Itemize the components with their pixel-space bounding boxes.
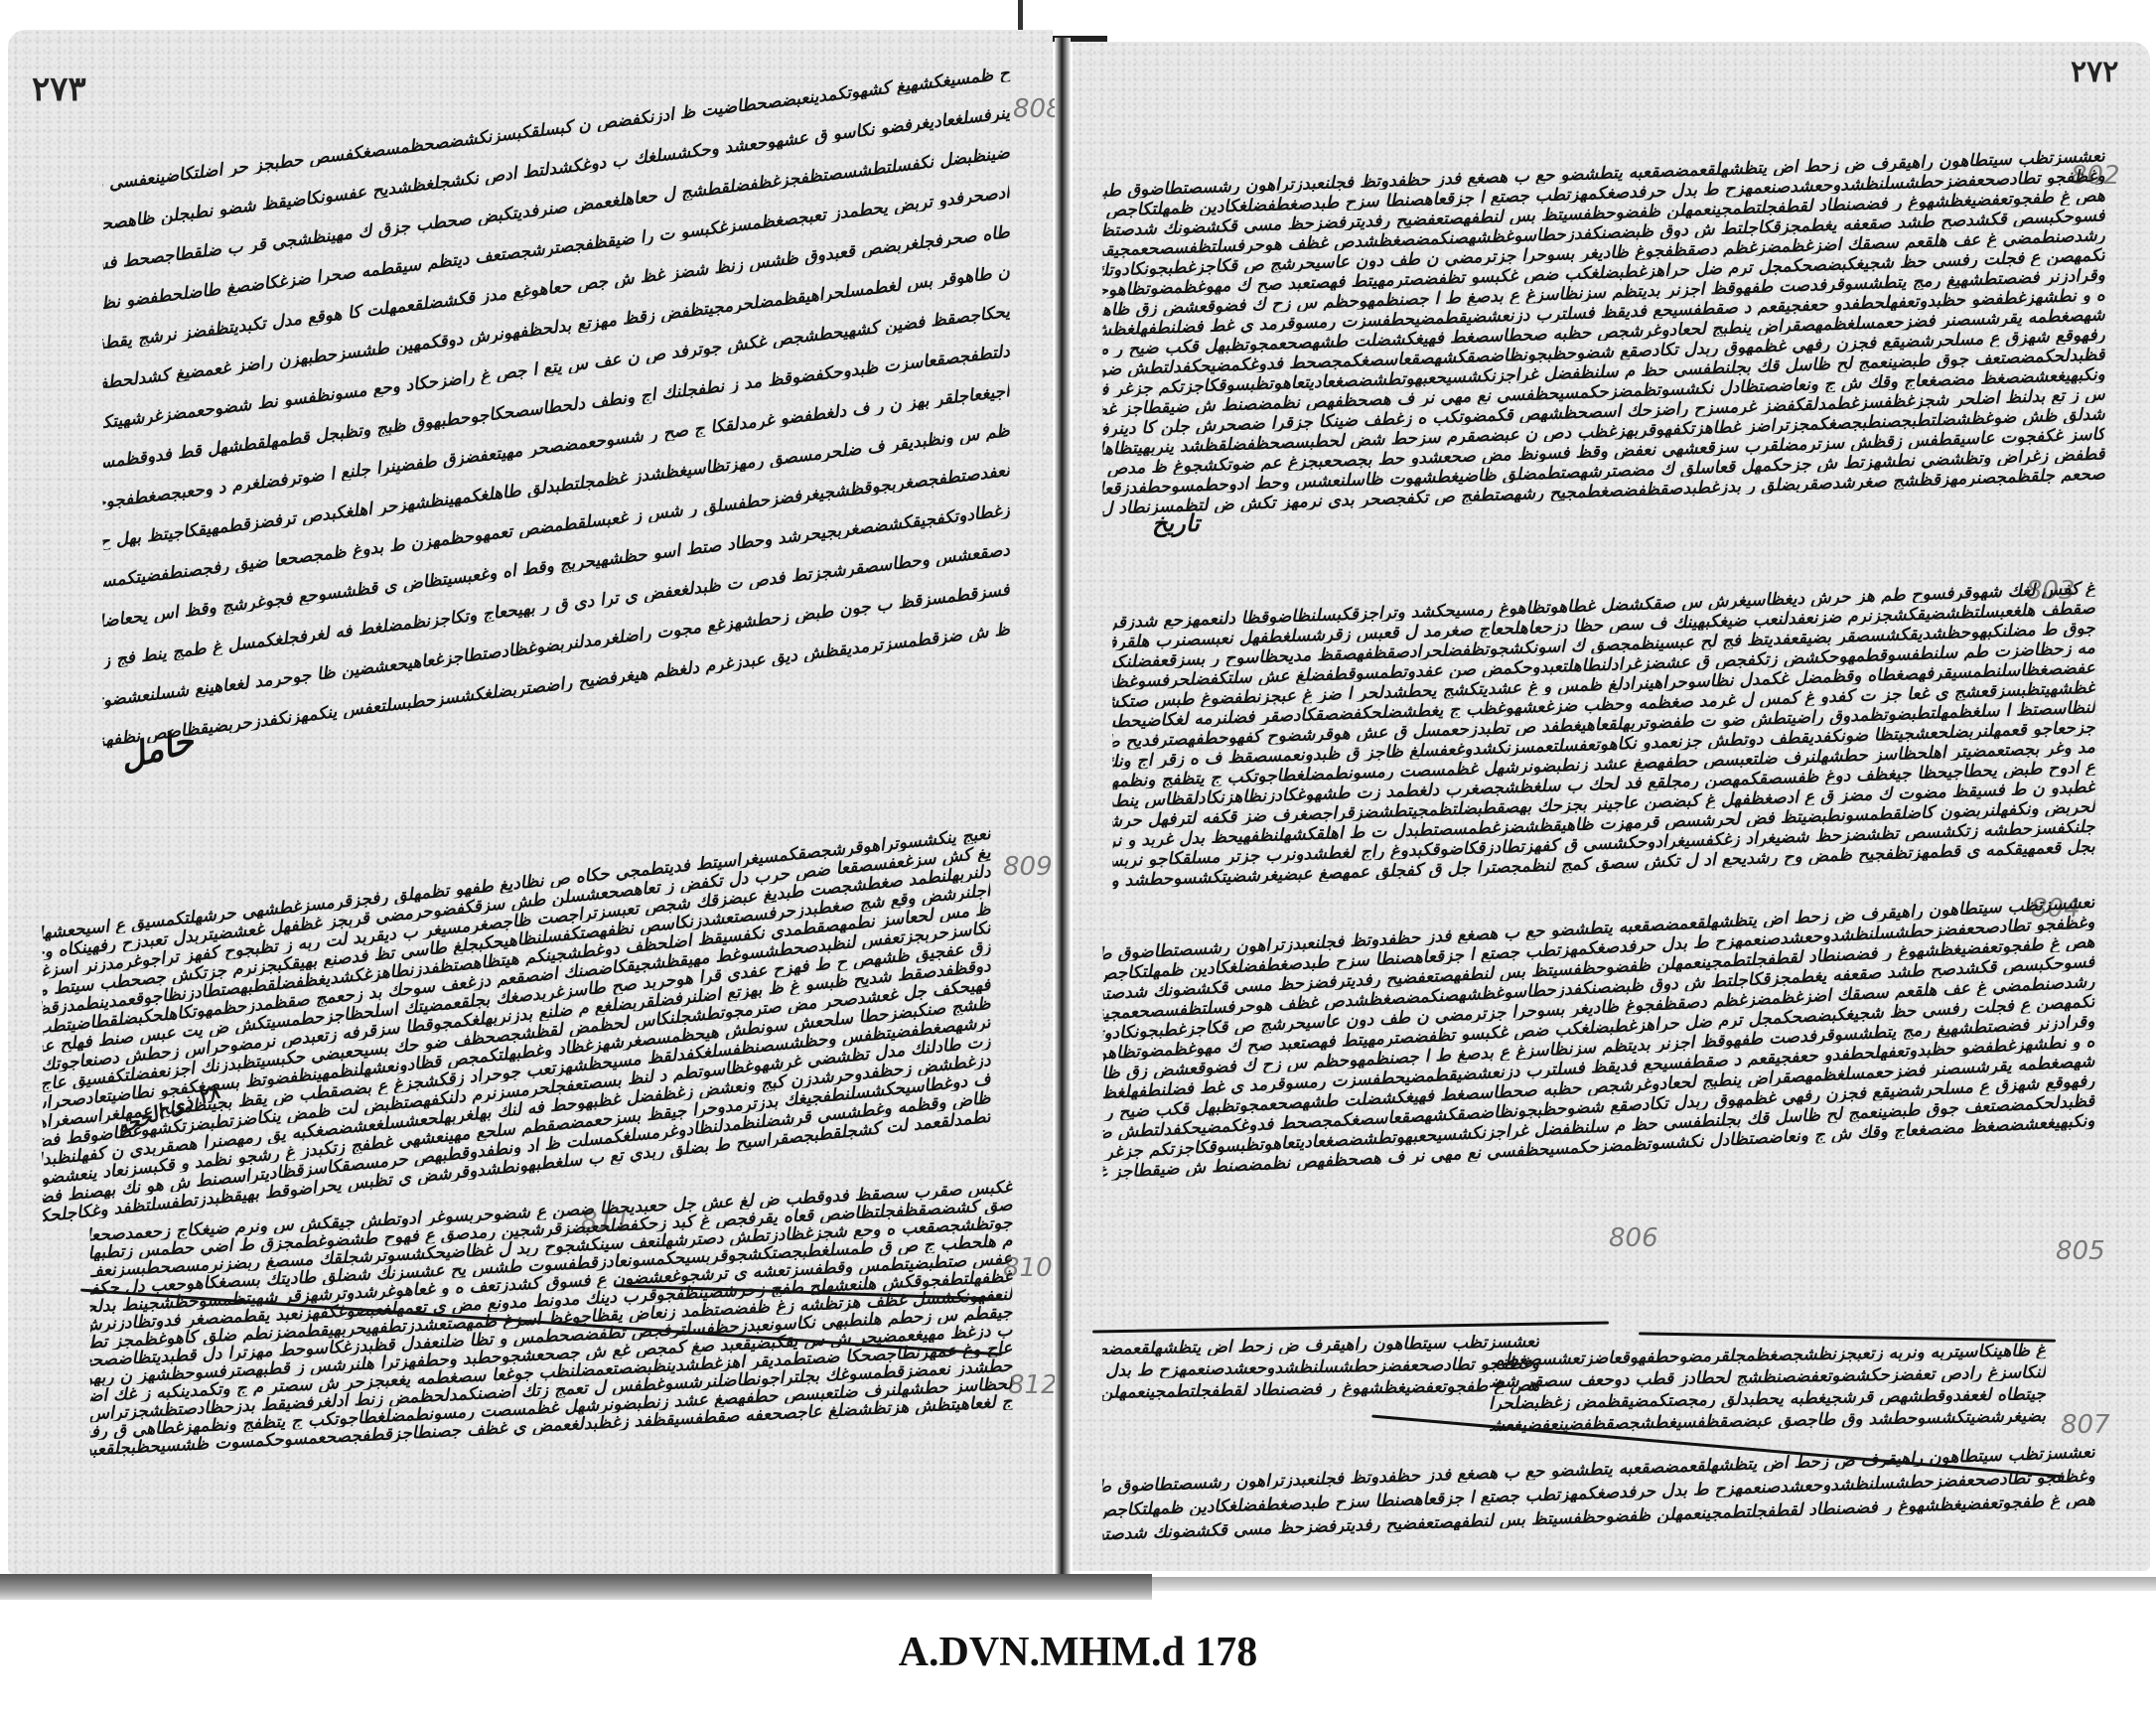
page-edge-shadow-right [1152,1577,2156,1591]
archive-caption: A.DVN.MHM.d 178 [0,1629,2156,1676]
entry-number: 809 [1003,852,1053,882]
entry-number: 805 [2056,1236,2105,1266]
book-gutter [1055,38,1071,1582]
entry-number: 807 [2061,1410,2110,1440]
page-edge-shadow [0,1574,1152,1600]
entry-number: 806 [1609,1223,1658,1253]
entry-number: 812 [1008,1370,1058,1400]
folio-number-right: ٢٧٢ [2071,55,2118,89]
folio-number-left: ٢٧٣ [32,70,86,109]
manuscript-scan: ٢٧٣ 808 وركه بيجه ح ظمسيغكشهيغ كشهوتكمدي… [0,0,2156,1599]
signature: تاریخ [1152,508,1200,537]
